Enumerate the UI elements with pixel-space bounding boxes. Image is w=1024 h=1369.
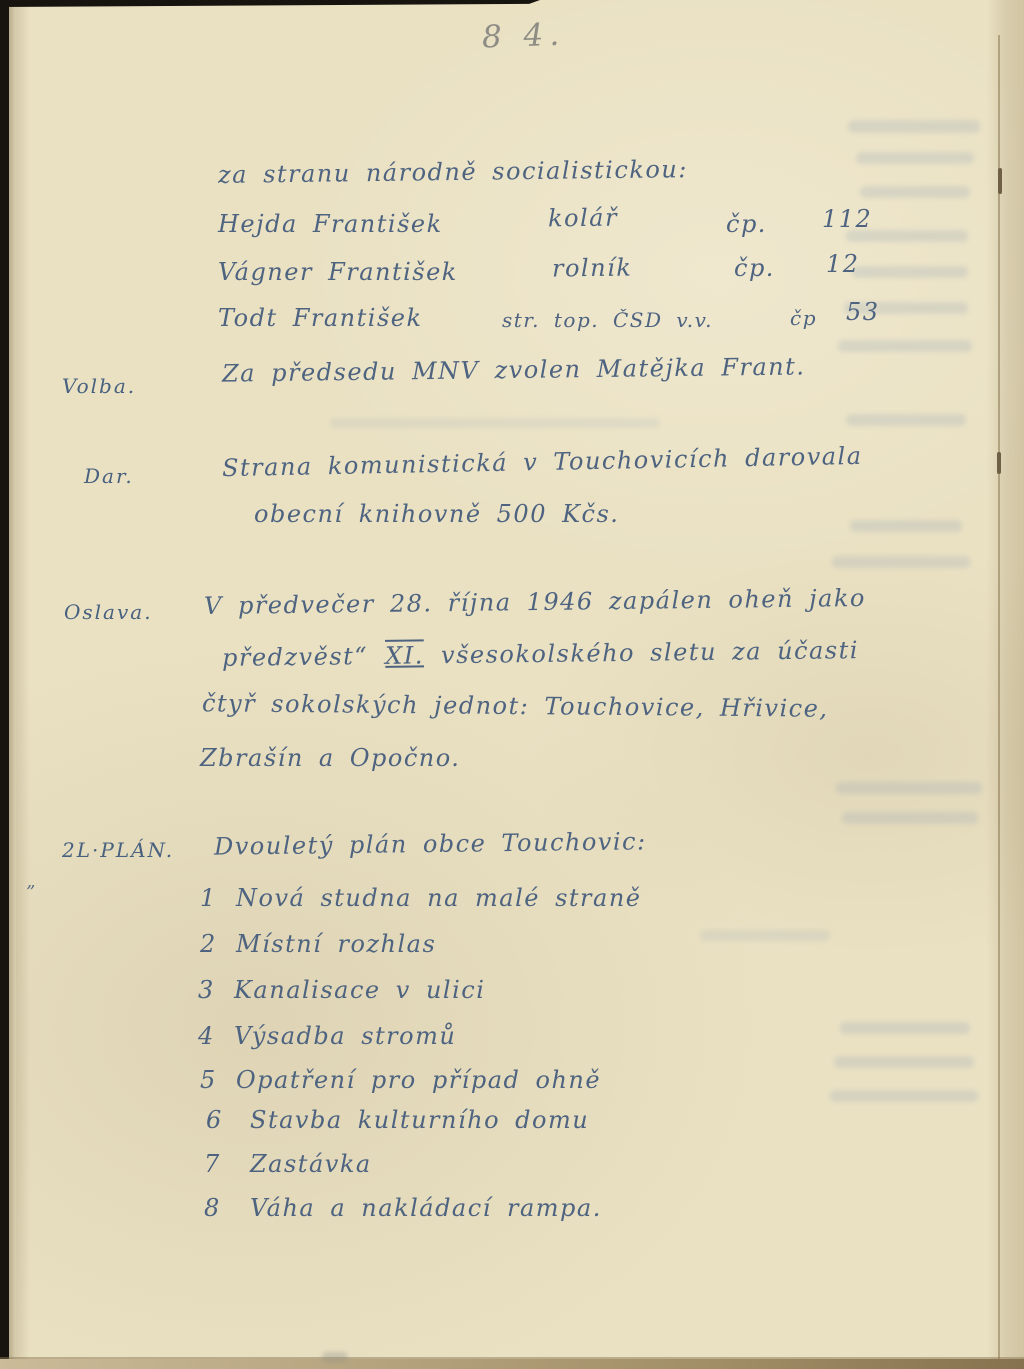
- house-number: 112: [822, 205, 872, 233]
- oslava-slet-numeral: XI.: [383, 641, 426, 670]
- dar-line: obecní knihovně 500 Kčs.: [254, 500, 619, 528]
- plan-item: 1Nová studna na malé straně: [200, 884, 642, 912]
- house-number-label: čp: [790, 306, 817, 330]
- bleed-through-mark: [840, 1022, 970, 1034]
- page-fore-edge-line: [998, 35, 1000, 1369]
- plan-item: 2Místní rozhlas: [200, 930, 436, 958]
- bleed-through-mark: [846, 414, 966, 426]
- margin-label-dar: Dar.: [84, 464, 134, 488]
- oslava-line: předzvěst“ XI. všesokolského sletu za úč…: [222, 636, 859, 672]
- plan-item-number: 3: [198, 976, 234, 1004]
- house-number-label: čp.: [734, 254, 775, 282]
- plan-item-text: Nová studna na malé straně: [236, 884, 642, 912]
- plan-item-text: Opatření pro případ ohně: [236, 1066, 601, 1094]
- plan-item-text: Výsadba stromů: [234, 1022, 456, 1050]
- plan-item-text: Váha a nakládací rampa.: [250, 1194, 602, 1222]
- plan-item: 5Opatření pro případ ohně: [200, 1066, 601, 1094]
- book-edge-top: [0, 0, 540, 7]
- fore-edge-speck: [998, 168, 1002, 194]
- fore-edge-speck: [997, 452, 1001, 474]
- margin-label-oslava: Oslava.: [64, 600, 153, 624]
- member-name: Hejda František: [218, 210, 443, 238]
- oslava-line2-post: všesokolského sletu za účasti: [441, 636, 859, 669]
- plan-heading: Dvouletý plán obce Touchovic:: [214, 827, 647, 860]
- intro-heading: za stranu národně socialistickou:: [218, 155, 688, 189]
- house-number: 53: [846, 298, 880, 326]
- bleed-through-mark: [832, 556, 970, 568]
- oslava-line: čtyř sokolských jednot: Touchovice, Hřiv…: [202, 689, 829, 722]
- bleed-through-mark: [850, 520, 962, 532]
- member-name: Todt František: [218, 304, 423, 332]
- house-number-label: čp.: [726, 210, 767, 238]
- bleed-through-mark: [842, 812, 978, 824]
- pencil-mark: [322, 1352, 348, 1362]
- bleed-through-mark: [852, 266, 968, 278]
- plan-item-number: 8: [204, 1194, 250, 1222]
- plan-item: 8Váha a nakládací rampa.: [204, 1194, 602, 1222]
- oslava-line: Zbrašín a Opočno.: [200, 744, 460, 772]
- bleed-through-mark: [848, 120, 980, 133]
- page-edge-left-shadow: [16, 0, 30, 1369]
- plan-item-text: Stavba kulturního domu: [250, 1106, 589, 1134]
- plan-item-number: 2: [200, 930, 236, 958]
- bleed-through-mark: [330, 418, 660, 428]
- page-fore-edge: [986, 0, 1024, 1369]
- bleed-through-mark: [838, 340, 972, 352]
- bleed-through-mark: [836, 782, 982, 794]
- scanned-chronicle-page: ” 8 4. za stranu národně socialistickou:…: [0, 0, 1024, 1369]
- dar-line: Strana komunistická v Touchovicích darov…: [222, 442, 863, 482]
- page-edge-bottom: [0, 1359, 1024, 1369]
- bleed-through-mark: [834, 1056, 974, 1068]
- plan-item: 6Stavba kulturního domu: [206, 1106, 589, 1134]
- bleed-through-mark: [860, 186, 970, 198]
- plan-item-number: 7: [204, 1150, 250, 1178]
- plan-item-number: 6: [206, 1106, 250, 1134]
- plan-item-text: Zastávka: [250, 1150, 372, 1178]
- plan-item: 3Kanalisace v ulici: [198, 976, 485, 1004]
- plan-item-number: 5: [200, 1066, 236, 1094]
- page-number: 8 4.: [481, 17, 565, 56]
- bleed-through-mark: [700, 930, 830, 941]
- bleed-through-mark: [830, 1090, 978, 1102]
- margin-label-volba: Volba.: [62, 374, 136, 398]
- plan-item-number: 1: [200, 884, 236, 912]
- oslava-line: V předvečer 28. října 1946 zapálen oheň …: [204, 584, 866, 620]
- member-occupation: kolář: [548, 204, 618, 233]
- house-number: 12: [826, 250, 860, 278]
- member-occupation: str. top. ČSD v.v.: [502, 308, 713, 332]
- oslava-line2-pre: předzvěst“: [222, 642, 368, 672]
- book-edge-left: [0, 0, 9, 1369]
- plan-item-text: Místní rozhlas: [236, 930, 436, 958]
- margin-label-plan: 2L·PLÁN.: [62, 838, 174, 862]
- plan-item: 7Zastávka: [204, 1150, 372, 1178]
- plan-item: 4Výsadba stromů: [198, 1022, 456, 1050]
- ink-speck: ”: [26, 882, 35, 903]
- bleed-through-mark: [856, 152, 974, 164]
- plan-item-text: Kanalisace v ulici: [234, 976, 485, 1004]
- page-edge-left: [9, 0, 16, 1369]
- member-name: Vágner František: [218, 258, 458, 286]
- member-occupation: rolník: [552, 254, 633, 283]
- plan-item-number: 4: [198, 1022, 234, 1050]
- volba-line: Za předsedu MNV zvolen Matějka Frant.: [222, 352, 806, 387]
